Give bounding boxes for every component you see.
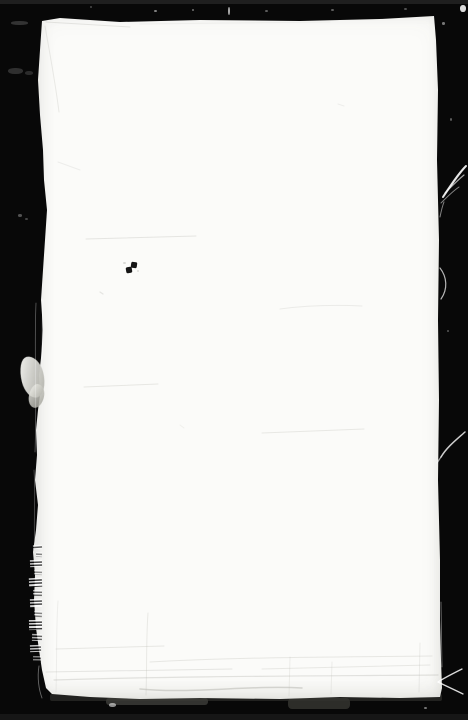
spine-glyph-fragment [30,599,42,607]
spine-glyph-fragment [29,620,42,630]
dust-speck [442,22,445,25]
dust-speck [109,703,116,707]
spine-glyph-fragment [32,634,42,641]
spine-glyph-fragment [30,645,41,652]
margin-fiber-squiggle [445,175,464,193]
dust-speck [154,10,157,12]
margin-fiber-squiggle [440,268,446,299]
margin-fiber-squiggle [440,202,444,217]
dust-speck [447,330,449,332]
ink-speck-halo [123,262,126,264]
spine-glyph-fragment [33,656,41,662]
ink-speck-halo [137,270,139,272]
dust-speck [331,9,334,11]
margin-fiber-squiggle [441,187,459,203]
film-edge-bottom [0,714,468,720]
margin-fiber-squiggle [441,432,465,457]
dust-speck [424,707,427,709]
spine-glyph-fragment [33,545,42,550]
under-page-shadow [106,698,208,705]
spine-glyph-fragment [34,570,42,575]
dust-speck [404,8,407,10]
spine-glyph-fragment [30,560,42,567]
dust-speck [450,118,452,121]
dust-speck [25,71,33,75]
dust-speck [460,5,466,12]
margin-fiber-squiggle [443,166,466,197]
dust-speck [265,10,268,12]
dust-speck [90,6,92,8]
dust-speck [192,9,194,11]
scan-viewport [0,0,468,720]
dust-speck [228,7,230,15]
margin-fiber-squiggle [38,666,42,698]
margin-fiber-squiggle [34,470,35,544]
dust-speck [25,218,28,220]
under-page-shadow [288,698,350,709]
dust-speck [18,214,22,217]
spine-glyph-fragment [29,578,42,588]
dust-speck [11,21,28,25]
spine-glyph-fragment [36,552,42,557]
spine-glyph-fragment [33,590,42,596]
ink-speck [131,262,138,269]
film-edge-top [0,0,468,4]
scanned-page [33,14,443,702]
spine-glyph-fragment [34,611,42,617]
dust-speck [8,68,23,74]
margin-fiber-squiggle [441,602,442,667]
